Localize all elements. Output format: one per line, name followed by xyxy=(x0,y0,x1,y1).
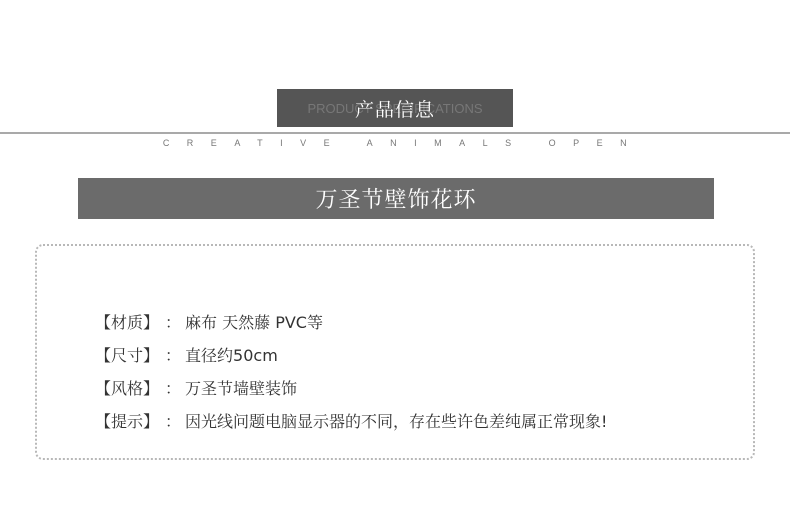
tagline: CREATIVE ANIMALS OPEN xyxy=(0,138,790,148)
info-label: 【材质】 xyxy=(95,310,159,333)
info-separator: ： xyxy=(165,343,181,366)
info-value: 万圣节墙壁装饰 xyxy=(185,376,297,399)
section-title: 产品信息 xyxy=(355,95,435,122)
info-separator: ： xyxy=(165,310,181,333)
info-value: 直径约50cm xyxy=(185,343,278,366)
product-name-banner: 万圣节壁饰花环 xyxy=(78,178,714,219)
info-label: 【风格】 xyxy=(95,376,159,399)
info-row-notice: 【提示】 ： 因光线问题电脑显示器的不同，存在些许色差纯属正常现象! xyxy=(95,404,607,437)
header-divider xyxy=(0,132,790,134)
section-title-banner: PRODUCT SPECIFICATIONS 产品信息 xyxy=(277,89,513,127)
info-value: 麻布 天然藤 PVC等 xyxy=(185,310,323,333)
info-separator: ： xyxy=(165,409,181,432)
info-separator: ： xyxy=(165,376,181,399)
product-name: 万圣节壁饰花环 xyxy=(315,183,476,214)
info-label: 【提示】 xyxy=(95,409,159,432)
product-info-list: 【材质】 ： 麻布 天然藤 PVC等 【尺寸】 ： 直径约50cm 【风格】 ：… xyxy=(95,305,607,437)
info-row-style: 【风格】 ： 万圣节墙壁装饰 xyxy=(95,371,607,404)
info-label: 【尺寸】 xyxy=(95,343,159,366)
info-value: 因光线问题电脑显示器的不同，存在些许色差纯属正常现象! xyxy=(185,409,607,432)
info-row-material: 【材质】 ： 麻布 天然藤 PVC等 xyxy=(95,305,607,338)
info-row-size: 【尺寸】 ： 直径约50cm xyxy=(95,338,607,371)
